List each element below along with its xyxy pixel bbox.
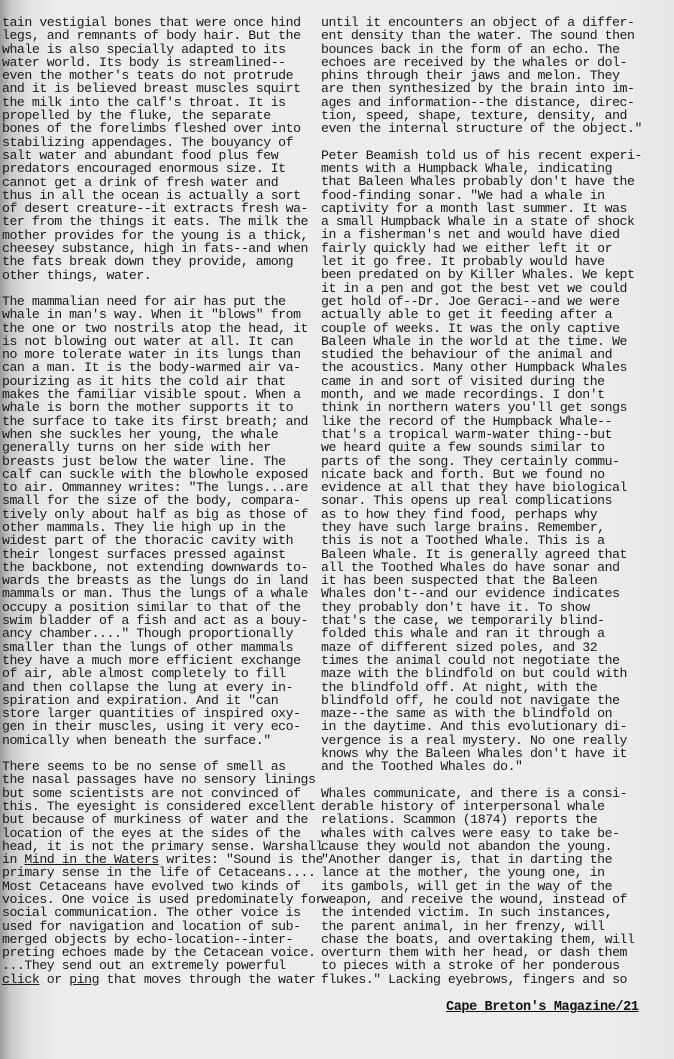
- underlined-title: Mind in the Waters: [24, 852, 158, 867]
- left-column: tain vestigial bones that were once hind…: [2, 16, 318, 999]
- magazine-page: tain vestigial bones that were once hind…: [0, 0, 674, 1059]
- paragraph-communication: Whales communicate, and there is a consi…: [321, 787, 671, 986]
- paragraph-whale-adaptation: tain vestigial bones that were once hind…: [2, 16, 318, 282]
- paragraph-beamish-quote: Peter Beamish told us of his recent expe…: [321, 149, 671, 774]
- paragraph-mammalian-air: The mammalian need for air has put the w…: [2, 295, 318, 747]
- paragraph-senses: There seems to be no sense of smell as t…: [2, 760, 318, 986]
- page-footer-folio: Cape Breton's Magazine/21: [446, 1000, 639, 1015]
- paragraph-echo: until it encounters an object of a diffe…: [321, 16, 671, 136]
- underlined-title: click: [2, 972, 39, 987]
- right-column: until it encounters an object of a diffe…: [321, 16, 671, 999]
- underlined-title: ping: [69, 972, 99, 987]
